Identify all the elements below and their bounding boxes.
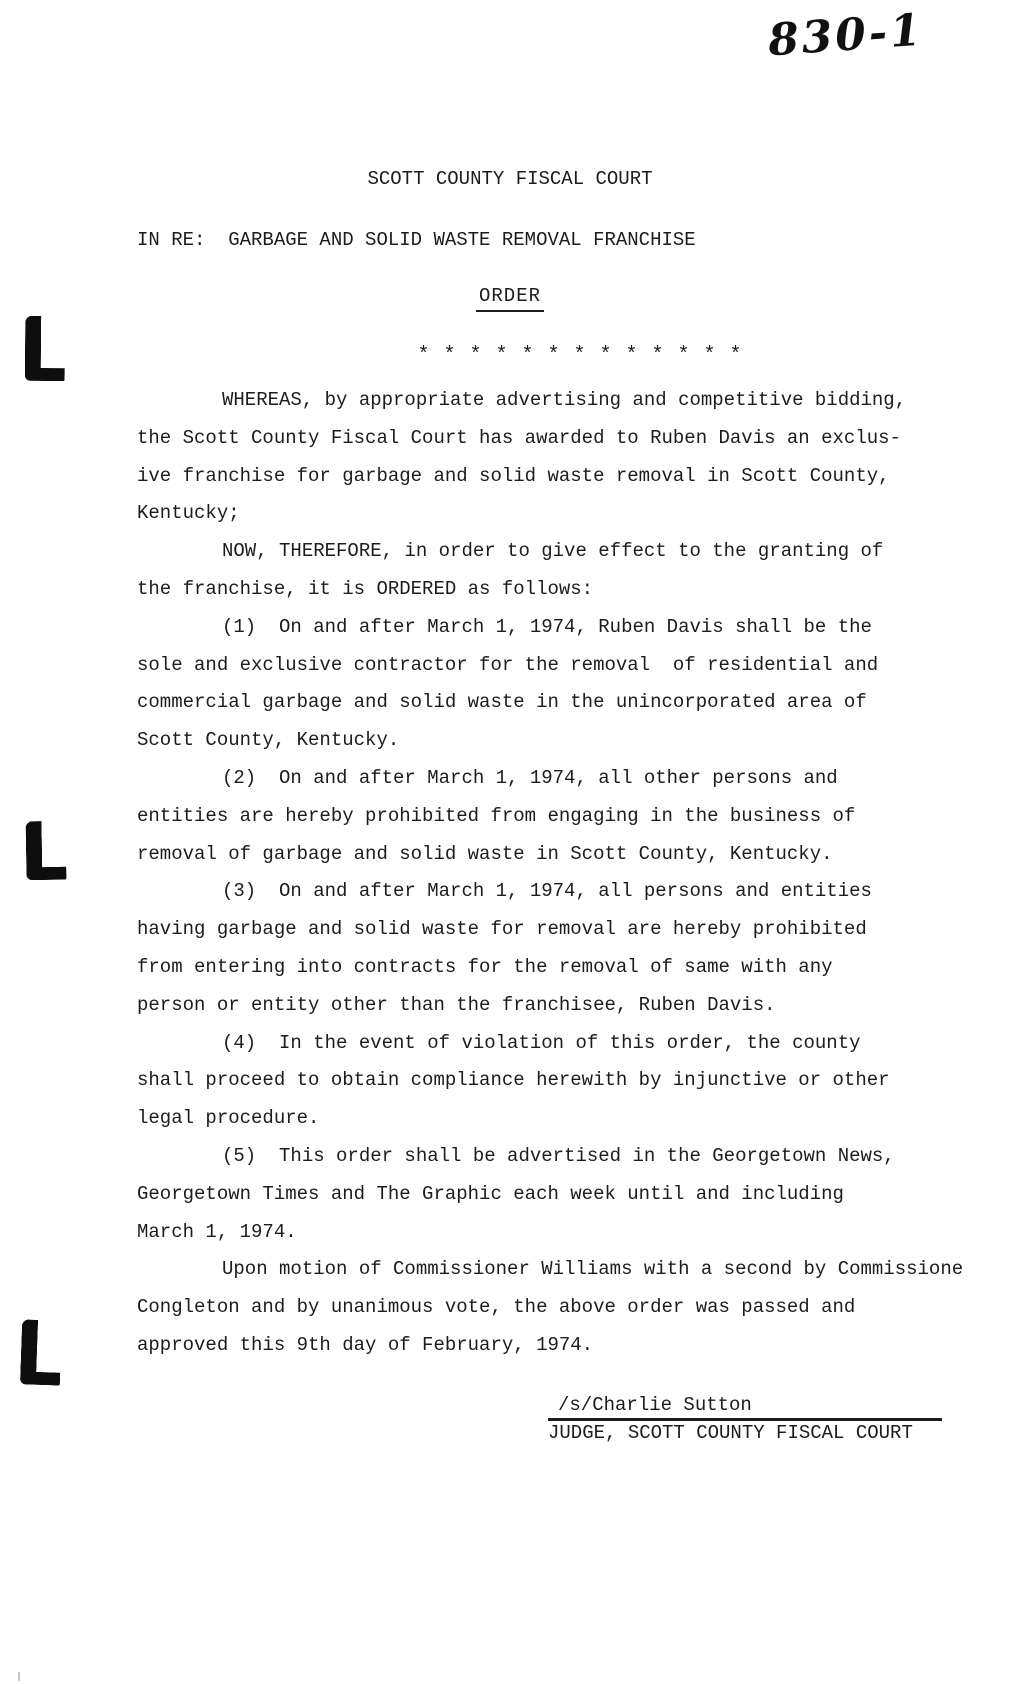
document-line: the franchise, it is ORDERED as follows:: [137, 571, 1024, 609]
document-line: having garbage and solid waste for remov…: [137, 911, 1024, 949]
document-line: sole and exclusive contractor for the re…: [137, 647, 1024, 685]
document-line: (5) This order shall be advertised in th…: [137, 1138, 1024, 1176]
document-line: entities are hereby prohibited from enga…: [137, 798, 1024, 836]
in-re-caption: IN RE: GARBAGE AND SOLID WASTE REMOVAL F…: [137, 229, 696, 251]
document-line: legal procedure.: [137, 1100, 1024, 1138]
document-line: WHEREAS, by appropriate advertising and …: [137, 382, 1024, 420]
document-line: the Scott County Fiscal Court has awarde…: [137, 420, 1024, 458]
document-line: Congleton and by unanimous vote, the abo…: [137, 1289, 1024, 1327]
scanned-document-page: 830-1 SCOTT COUNTY FISCAL COURT IN RE: G…: [0, 0, 1024, 1684]
document-line: Georgetown Times and The Graphic each we…: [137, 1176, 1024, 1214]
document-line: commercial garbage and solid waste in th…: [137, 684, 1024, 722]
binder-bracket-mark-bottom: [20, 1319, 62, 1385]
document-line: removal of garbage and solid waste in Sc…: [137, 836, 1024, 874]
asterisk-separator: * * * * * * * * * * * * *: [70, 344, 1024, 367]
court-title: SCOTT COUNTY FISCAL COURT: [0, 168, 1020, 190]
signature-title-line: JUDGE, SCOTT COUNTY FISCAL COURT: [548, 1422, 942, 1444]
binder-bracket-mark-top: [25, 316, 66, 381]
document-line: ive franchise for garbage and solid wast…: [137, 458, 1024, 496]
document-line: person or entity other than the franchis…: [137, 987, 1024, 1025]
document-line: (1) On and after March 1, 1974, Ruben Da…: [137, 609, 1024, 647]
scan-artifact-mark: [18, 1672, 20, 1681]
document-line: from entering into contracts for the rem…: [137, 949, 1024, 987]
document-line: Kentucky;: [137, 495, 1024, 533]
handwritten-page-number: 830-1: [766, 5, 925, 67]
document-line: NOW, THEREFORE, in order to give effect …: [137, 533, 1024, 571]
order-heading-row: ORDER: [0, 285, 1020, 312]
document-line: Scott County, Kentucky.: [137, 722, 1024, 760]
signature-block: /s/Charlie Sutton JUDGE, SCOTT COUNTY FI…: [548, 1394, 942, 1444]
document-line: (3) On and after March 1, 1974, all pers…: [137, 873, 1024, 911]
document-line: Upon motion of Commissioner Williams wit…: [137, 1251, 1024, 1289]
order-body-text: WHEREAS, by appropriate advertising and …: [137, 382, 1024, 1365]
order-heading: ORDER: [476, 285, 544, 312]
document-line: (4) In the event of violation of this or…: [137, 1025, 1024, 1063]
document-line: approved this 9th day of February, 1974.: [137, 1327, 1024, 1365]
document-line: March 1, 1974.: [137, 1214, 1024, 1252]
document-line: shall proceed to obtain compliance herew…: [137, 1062, 1024, 1100]
binder-bracket-mark-middle: [25, 821, 66, 881]
document-line: (2) On and after March 1, 1974, all othe…: [137, 760, 1024, 798]
signature-name-line: /s/Charlie Sutton: [548, 1394, 942, 1421]
